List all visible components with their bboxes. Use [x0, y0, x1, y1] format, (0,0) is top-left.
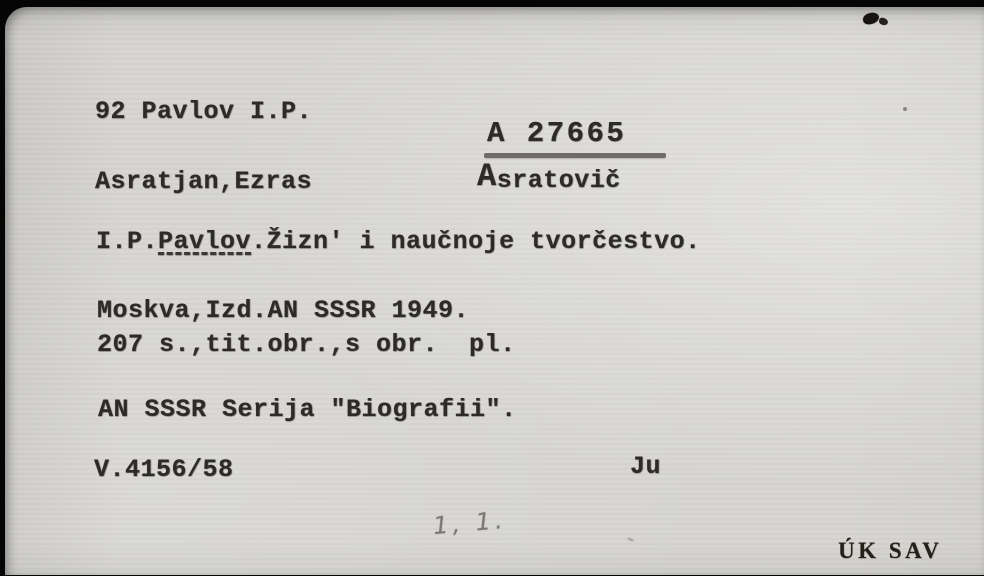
- imprint-line: Moskva,Izd.AN SSSR 1949.: [97, 297, 469, 325]
- ink-blot-icon: [862, 12, 879, 25]
- library-stamp: ÚK SAV: [838, 538, 942, 564]
- author-name: Asratjan,Ezras: [95, 168, 312, 196]
- shelfmark: V.4156/58: [94, 456, 234, 484]
- patronymic-initial: A: [477, 158, 497, 195]
- scan-background: 92 Pavlov I.P. A 27665 Asratovič Asratja…: [0, 0, 984, 576]
- series-line: AN SSSR Serija "Biografii".: [98, 396, 517, 424]
- accession-underline: [484, 153, 666, 158]
- catalog-card: 92 Pavlov I.P. A 27665 Asratovič Asratja…: [5, 7, 984, 575]
- title-prefix: I.P.: [96, 227, 158, 256]
- author-patronymic: Asratovič: [477, 159, 621, 194]
- ink-blot-icon: [878, 17, 888, 26]
- paper-speck: [627, 537, 635, 543]
- paper-speck: [903, 107, 907, 111]
- accession-number: A 27665: [487, 118, 626, 150]
- collation-line: 207 s.,tit.obr.,s obr. pl.: [97, 331, 516, 359]
- title-underlined-name: Pavlov: [158, 227, 251, 256]
- heading-call-number: 92 Pavlov I.P.: [95, 98, 312, 126]
- patronymic-rest: sratovič: [497, 166, 621, 195]
- title-suffix: .Žizn' i naučnoje tvorčestvo.: [251, 227, 701, 256]
- title-line: I.P.Pavlov.Žizn' i naučnoje tvorčestvo.: [96, 228, 701, 256]
- handwritten-pencil-note: 1, 1.: [432, 506, 508, 540]
- cataloguer-initials: Ju: [630, 453, 661, 481]
